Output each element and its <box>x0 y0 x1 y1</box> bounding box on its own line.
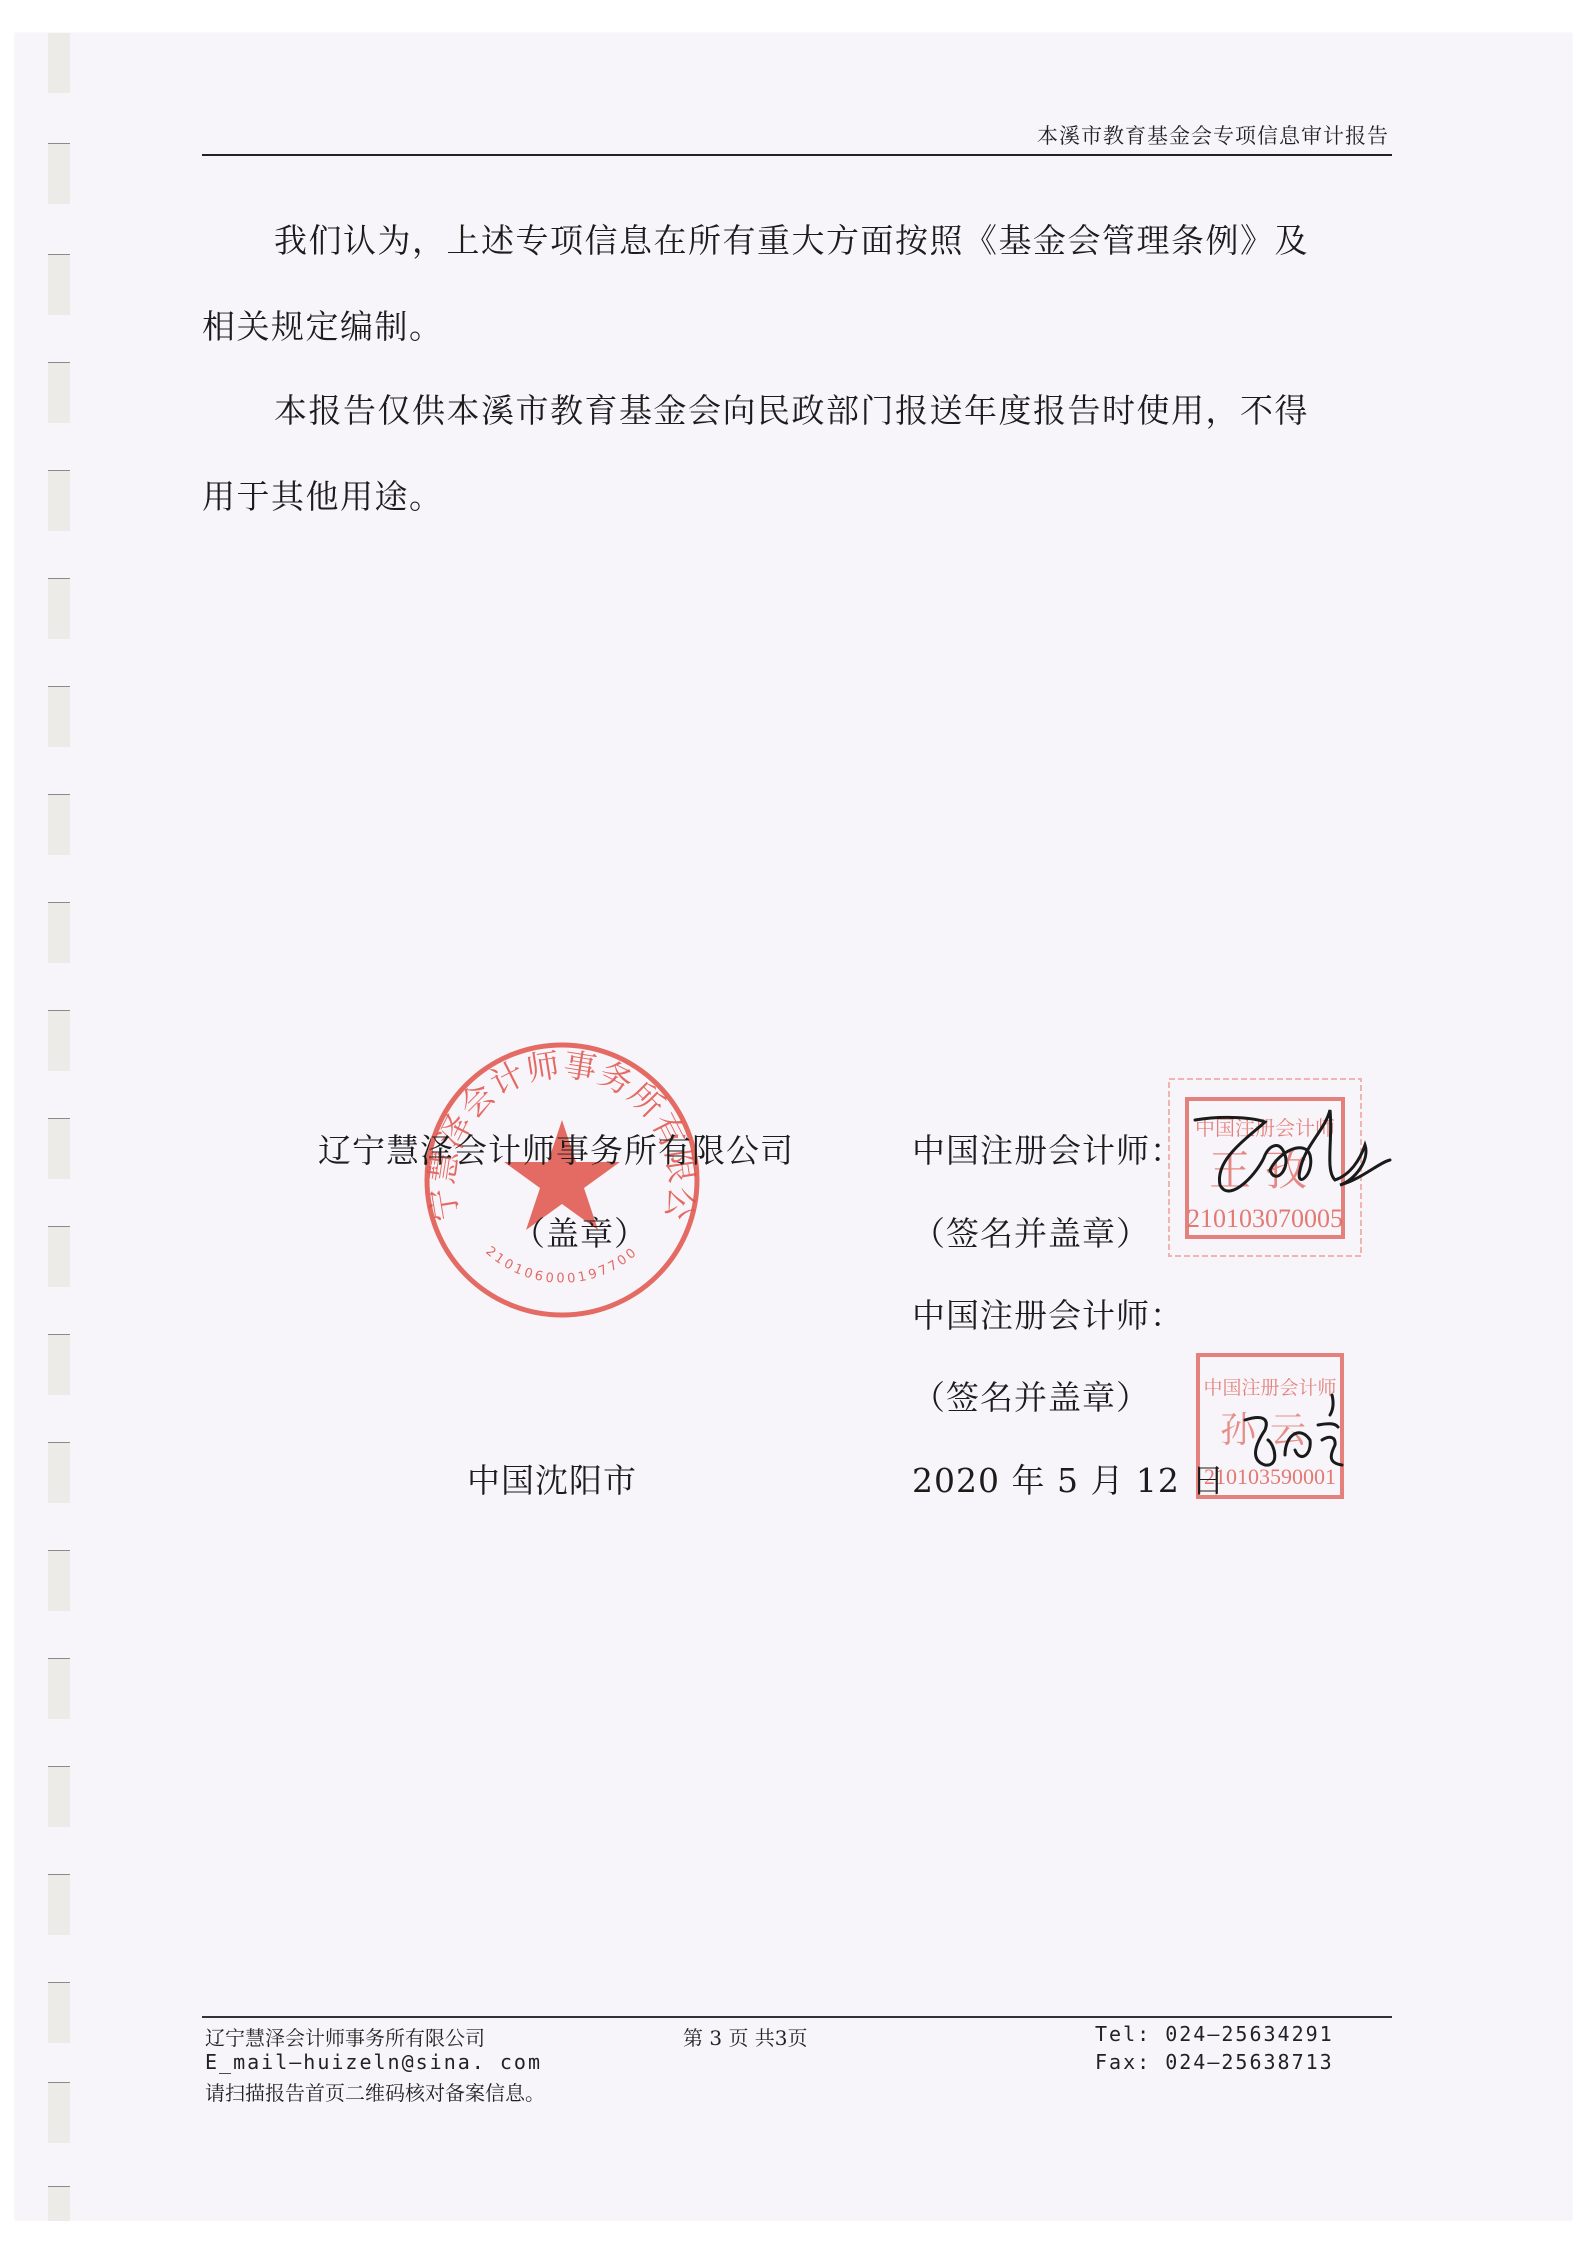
paragraph-line: 相关规定编制。 <box>202 307 444 346</box>
report-header-title: 本溪市教育基金会专项信息审计报告 <box>1037 120 1389 150</box>
binding-hole <box>48 794 70 855</box>
binding-hole <box>48 1550 70 1611</box>
footer-fax: Fax: 024—25638713 <box>1095 2050 1334 2074</box>
binding-hole <box>48 1766 70 1827</box>
cpa2-sign-note: （签名并盖章） <box>912 1372 1150 1419</box>
footer-company: 辽宁慧泽会计师事务所有限公司 <box>205 2022 485 2051</box>
footer-email: E_mail—huizeln@sina. com <box>205 2050 542 2074</box>
binding-hole <box>48 362 70 423</box>
binding-hole <box>48 686 70 747</box>
binding-hole <box>48 470 70 531</box>
binding-hole <box>48 1874 70 1935</box>
cpa1-label: 中国注册会计师： <box>912 1125 1184 1172</box>
firm-seal-note: （盖章） <box>512 1208 648 1255</box>
cpa1-sign-note: （签名并盖章） <box>912 1208 1150 1255</box>
cpa2-label: 中国注册会计师： <box>912 1290 1184 1337</box>
header-divider <box>202 154 1392 156</box>
binding-hole <box>48 2082 70 2143</box>
binding-hole <box>48 2186 70 2221</box>
paragraph-line: 本报告仅供本溪市教育基金会向民政部门报送年度报告时使用，不得 <box>274 391 1309 430</box>
report-city: 中国沈阳市 <box>467 1455 637 1502</box>
usage-restriction-paragraph: 本报告仅供本溪市教育基金会向民政部门报送年度报告时使用，不得 用于其他用途。 <box>202 368 1392 540</box>
binding-hole <box>48 254 70 315</box>
binding-hole <box>48 1226 70 1287</box>
report-date: 2020 年 5 月 12 日 <box>912 1455 1225 1502</box>
footer-tel: Tel: 024—25634291 <box>1095 2022 1334 2046</box>
binding-hole <box>48 902 70 963</box>
binding-hole <box>48 1442 70 1503</box>
binding-hole <box>48 578 70 639</box>
cpa1-handwritten-signature <box>1185 1100 1395 1210</box>
binding-hole <box>48 1658 70 1719</box>
binding-hole <box>48 1010 70 1071</box>
binding-hole <box>48 143 70 204</box>
footer-page-info: 第 3 页 共3页 <box>683 2022 808 2051</box>
binding-hole <box>48 1982 70 2043</box>
binding-hole <box>48 1334 70 1395</box>
paragraph-line: 用于其他用途。 <box>202 477 444 516</box>
firm-name: 辽宁慧泽会计师事务所有限公司 <box>318 1125 794 1172</box>
firm-seal-stamp: 辽宁慧泽会计师事务所有限公司 210106000197700 <box>422 1040 702 1320</box>
cpa2-handwritten-signature <box>1240 1385 1350 1475</box>
opinion-paragraph: 我们认为，上述专项信息在所有重大方面按照《基金会管理条例》及 相关规定编制。 <box>202 198 1392 370</box>
binding-hole <box>48 33 70 93</box>
binding-hole <box>48 1118 70 1179</box>
paragraph-line: 我们认为，上述专项信息在所有重大方面按照《基金会管理条例》及 <box>274 221 1309 260</box>
footer-divider <box>202 2016 1392 2018</box>
footer-qr-note: 请扫描报告首页二维码核对备案信息。 <box>205 2077 545 2106</box>
